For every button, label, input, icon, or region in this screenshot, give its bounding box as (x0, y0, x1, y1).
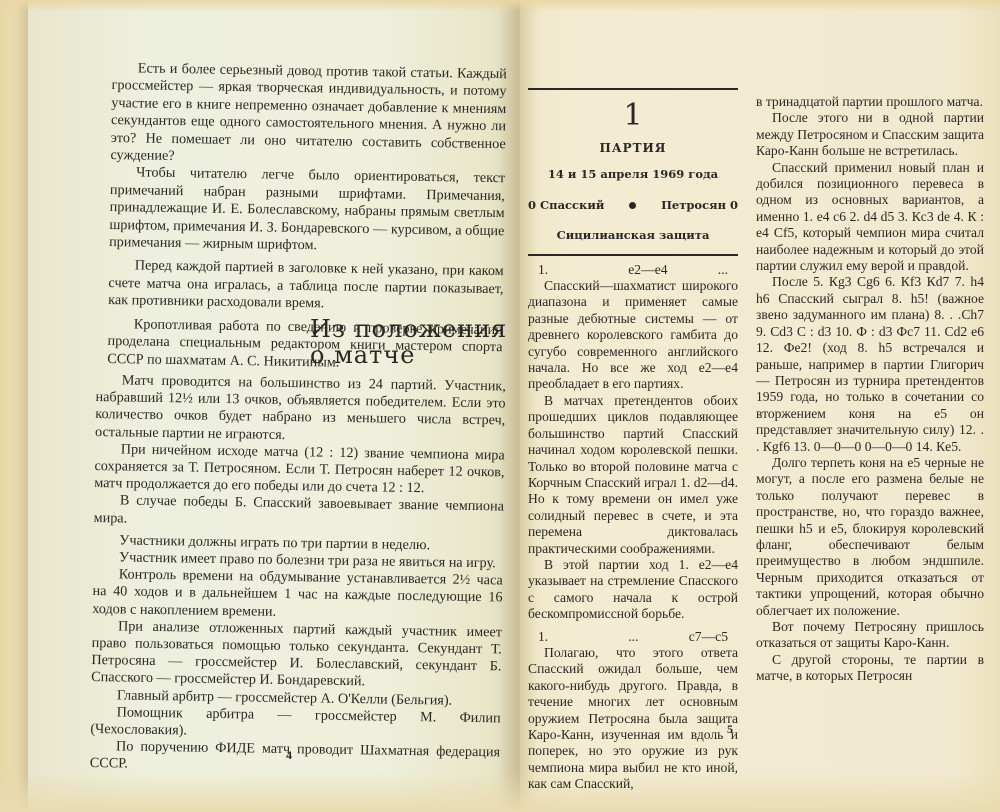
section-heading: Из положения о матче (310, 316, 507, 368)
move-line: 1. e2—e4 ... (528, 256, 738, 278)
paragraph: По поручению ФИДЕ матч проводит Шахматна… (90, 738, 500, 779)
game-number: 1 (528, 98, 738, 134)
opening-name: Сицилианская защита (528, 227, 738, 243)
paragraph: Спасский применил новый план и добился п… (756, 160, 984, 275)
heading-line: о матче (310, 342, 507, 368)
divider (528, 88, 738, 90)
black-player: Петросян 0 (661, 197, 738, 213)
heading-line: Из положения (310, 316, 507, 342)
paragraph: С другой стороны, те партии в матче, в к… (756, 652, 984, 685)
right-column-1: 1 ПАРТИЯ 14 и 15 апреля 1969 года 0 Спас… (528, 88, 738, 793)
paragraph: В случае победы Б. Спасский завоевывает … (94, 492, 504, 533)
bullet-icon (629, 202, 636, 209)
paragraph: Вот почему Петросяну пришлось отказаться… (756, 619, 984, 652)
paragraph: В матчах претендентов обоих прошедших ци… (528, 393, 738, 557)
white-move: e2—e4 (628, 262, 667, 278)
page-number-right: 5 (727, 722, 733, 737)
paragraph: Матч проводится на большинство из 24 пар… (95, 372, 506, 447)
paragraph: Перед каждой партией в заголовке к ней у… (108, 257, 504, 315)
paragraph: При ничейном исходе матча (12 : 12) зван… (94, 441, 505, 499)
paragraph: В этой партии ход 1. e2—e4 указывает на … (528, 557, 738, 623)
paragraph: После этого ни в одной партии между Петр… (756, 110, 984, 159)
paragraph: После 5. Кg3 Cg6 6. Кf3 Кd7 7. h4 h6 Спа… (756, 274, 984, 454)
page-number-left: 4 (286, 748, 292, 763)
paragraph: При анализе отложенных партий каждый уча… (91, 618, 502, 693)
move-number: 1. (538, 262, 578, 278)
black-move: c7—c5 (689, 629, 728, 645)
page-bottom-edge (0, 772, 1000, 812)
paragraph: Контроль времени на обдумывание устанавл… (92, 566, 503, 624)
players-line: 0 Спасский Петросян 0 (528, 197, 738, 213)
white-player: 0 Спасский (528, 197, 604, 213)
paragraph: в тринадцатой партии прошлого матча. (756, 94, 984, 110)
right-column-2: в тринадцатой партии прошлого матча. Пос… (756, 94, 984, 685)
white-move: ... (628, 629, 638, 645)
black-move: ... (718, 262, 728, 278)
paragraph: Спасский—шахматист широкого диапазона и … (528, 278, 738, 393)
move-number: 1. (538, 629, 578, 645)
move-line: 1. ... c7—c5 (528, 623, 738, 645)
paragraph: Есть и более серьезный довод против тако… (110, 60, 507, 171)
page-top-edge (0, 0, 1000, 12)
paragraph: Полагаю, что этого ответа Спасский ожида… (528, 645, 738, 793)
book-spread: Есть и более серьезный довод против тако… (0, 0, 1000, 812)
game-label: ПАРТИЯ (528, 140, 738, 156)
paragraph: Чтобы читателю легче было ориентироватьс… (109, 164, 505, 257)
paragraph: Долго терпеть коня на e5 черные не могут… (756, 455, 984, 619)
game-date: 14 и 15 апреля 1969 года (528, 166, 738, 182)
match-rules-text: Матч проводится на большинство из 24 пар… (90, 372, 506, 779)
